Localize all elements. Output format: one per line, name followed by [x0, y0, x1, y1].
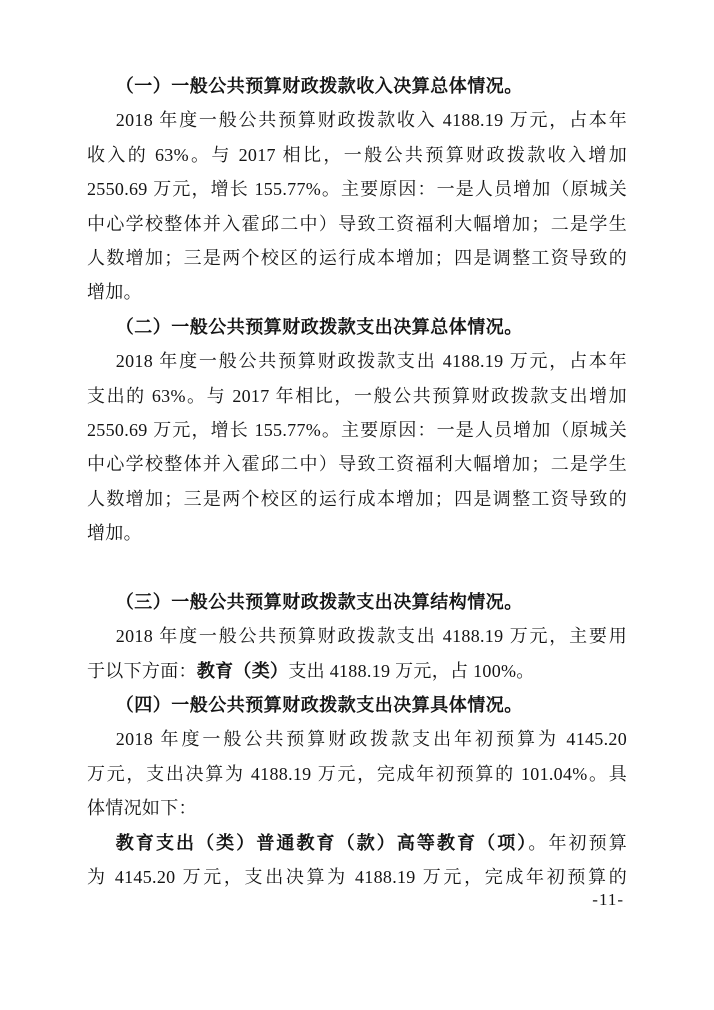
section-1-heading: （一）一般公共预算财政拨款收入决算总体情况。 — [87, 69, 627, 103]
document-content: （一）一般公共预算财政拨款收入决算总体情况。 2018 年度一般公共预算财政拨款… — [87, 69, 627, 894]
paragraph-line: 2550.69 万元，增长 155.77%。主要原因：一是人员增加（原城关 — [87, 413, 627, 447]
paragraph-line: 2018 年度一般公共预算财政拨款支出 4188.19 万元，占本年 — [87, 344, 627, 378]
paragraph-line: 体情况如下： — [87, 791, 627, 825]
paragraph-line: 中心学校整体并入霍邱二中）导致工资福利大幅增加；二是学生 — [87, 207, 627, 241]
paragraph-text: 支出 4188.19 万元，占 100%。 — [288, 661, 534, 681]
paragraph-text: 于以下方面： — [87, 661, 197, 681]
section-4-heading: （四）一般公共预算财政拨款支出决算具体情况。 — [87, 688, 627, 722]
blank-line — [87, 550, 627, 584]
paragraph-line: 于以下方面：教育（类）支出 4188.19 万元，占 100%。 — [87, 654, 627, 688]
paragraph-line: 人数增加；三是两个校区的运行成本增加；四是调整工资导致的 — [87, 241, 627, 275]
paragraph-line: 增加。 — [87, 516, 627, 550]
paragraph-line: 2018 年度一般公共预算财政拨款支出年初预算为 4145.20 — [87, 722, 627, 756]
section-2-heading: （二）一般公共预算财政拨款支出决算总体情况。 — [87, 310, 627, 344]
paragraph-line: 万元，支出决算为 4188.19 万元，完成年初预算的 101.04%。具 — [87, 757, 627, 791]
paragraph-line: 教育支出（类）普通教育（款）高等教育（项）。年初预算 — [87, 826, 627, 860]
page-number: -11- — [87, 890, 624, 910]
paragraph-line: 中心学校整体并入霍邱二中）导致工资福利大幅增加；二是学生 — [87, 447, 627, 481]
bold-budget-item-label: 教育支出（类）普通教育（款）高等教育（项） — [116, 833, 529, 853]
paragraph-line: 收入的 63%。与 2017 相比，一般公共预算财政拨款收入增加 — [87, 138, 627, 172]
bold-category-label: 教育（类） — [197, 661, 289, 681]
paragraph-text: 。年初预算 — [528, 833, 627, 853]
paragraph-line: 2018 年度一般公共预算财政拨款收入 4188.19 万元，占本年 — [87, 103, 627, 137]
paragraph-line: 支出的 63%。与 2017 年相比，一般公共预算财政拨款支出增加 — [87, 379, 627, 413]
paragraph-line: 2018 年度一般公共预算财政拨款支出 4188.19 万元，主要用 — [87, 619, 627, 653]
paragraph-line: 人数增加；三是两个校区的运行成本增加；四是调整工资导致的 — [87, 482, 627, 516]
paragraph-line: 2550.69 万元，增长 155.77%。主要原因：一是人员增加（原城关 — [87, 172, 627, 206]
document-page: （一）一般公共预算财政拨款收入决算总体情况。 2018 年度一般公共预算财政拨款… — [0, 0, 714, 1010]
paragraph-line: 增加。 — [87, 275, 627, 309]
section-3-heading: （三）一般公共预算财政拨款支出决算结构情况。 — [87, 585, 627, 619]
